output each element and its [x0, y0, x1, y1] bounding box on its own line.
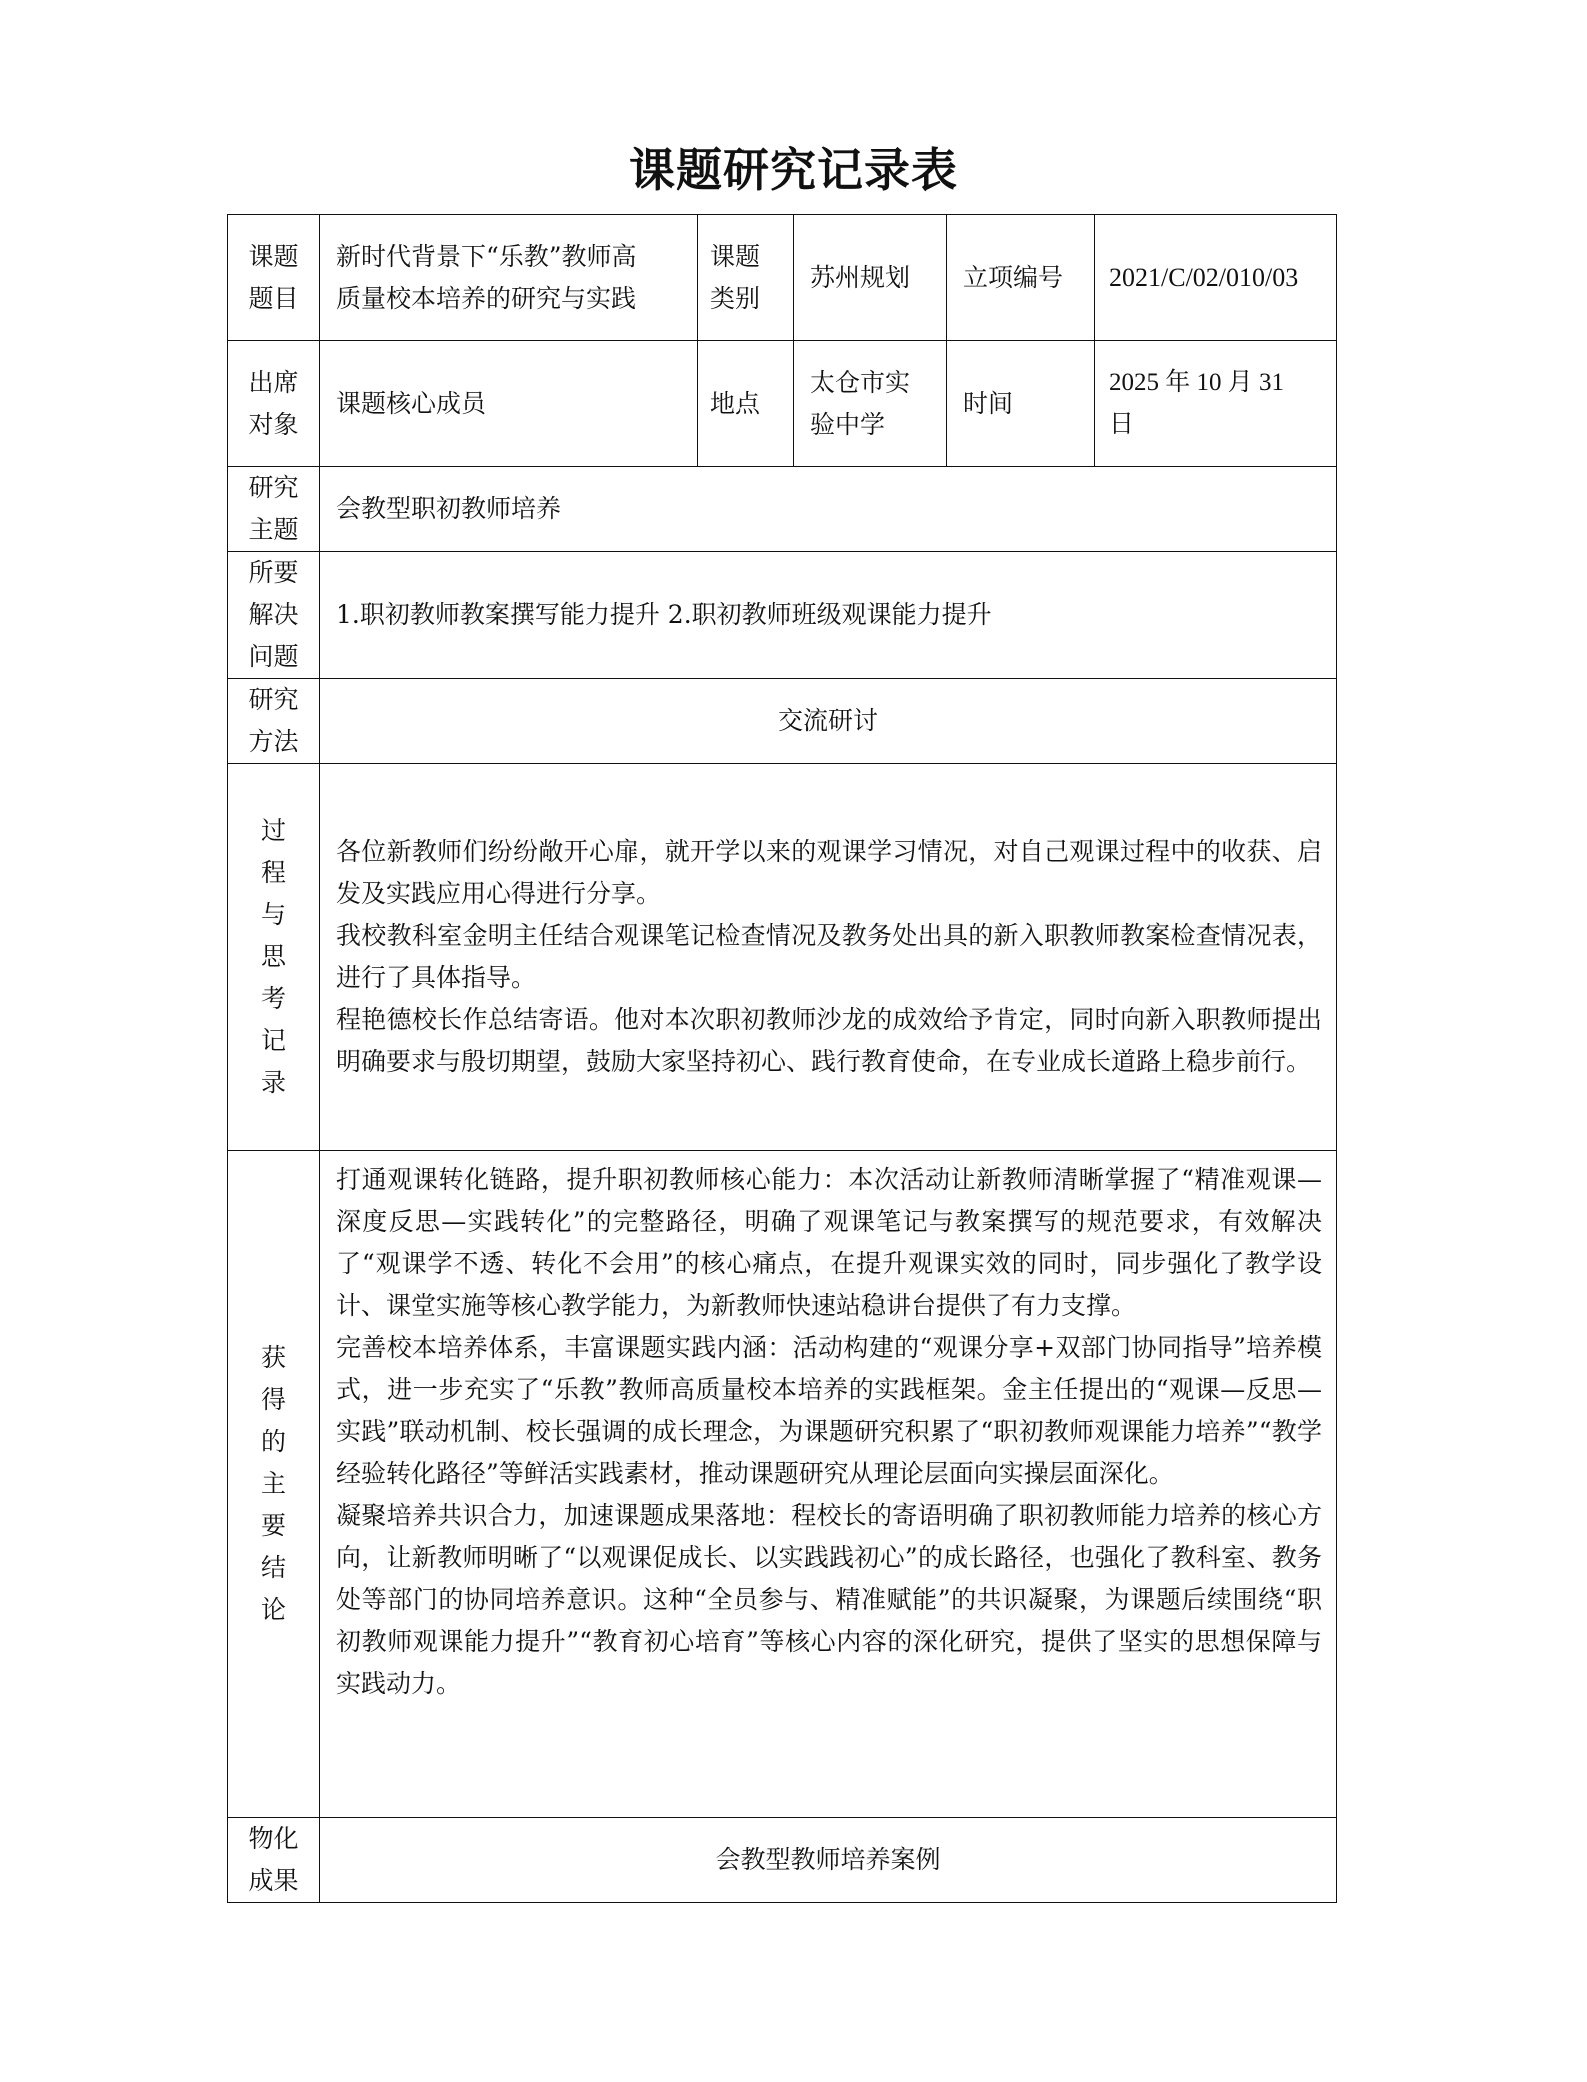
- label-char: 得: [228, 1379, 319, 1421]
- table-row: 获 得 的 主 要 结 论 打通观课转化链路，提升职初教师核心能力：本次活动让新…: [228, 1151, 1337, 1818]
- label-line: 所要: [228, 552, 319, 594]
- label-line: 研究: [228, 679, 319, 721]
- problems-label: 所要 解决 问题: [228, 552, 320, 679]
- process-label: 过 程 与 思 考 记 录: [228, 764, 320, 1151]
- conclusions-label: 获 得 的 主 要 结 论: [228, 1151, 320, 1818]
- attendees-label: 出席 对象: [228, 341, 320, 467]
- label-char: 论: [228, 1589, 319, 1631]
- label-char: 过: [228, 810, 319, 852]
- label-char: 考: [228, 978, 319, 1020]
- research-theme-label: 研究 主题: [228, 467, 320, 552]
- conclusions-content: 打通观课转化链路，提升职初教师核心能力：本次活动让新教师清晰掌握了“精准观课—深…: [320, 1151, 1337, 1818]
- label-line: 对象: [228, 404, 319, 446]
- project-no-value: 2021/C/02/010/03: [1095, 215, 1337, 341]
- process-record: 各位新教师们纷纷敞开心扉，就开学以来的观课学习情况，对自己观课过程中的收获、启发…: [320, 764, 1337, 1151]
- topic-value: 新时代背景下“乐教”教师高 质量校本培养的研究与实践: [320, 215, 698, 341]
- conclusion-paragraph: 凝聚培养共识合力，加速课题成果落地：程校长的寄语明确了职初教师能力培养的核心方向…: [336, 1495, 1322, 1705]
- location-line: 太仓市实: [810, 362, 934, 404]
- table-row: 出席 对象 课题核心成员 地点 太仓市实 验中学 时间 2025 年 10 月 …: [228, 341, 1337, 467]
- label-char: 的: [228, 1421, 319, 1463]
- time-line: 2025 年 10 月 31: [1109, 362, 1324, 404]
- label-char: 获: [228, 1337, 319, 1379]
- time-line: 日: [1109, 404, 1324, 446]
- attendees-value: 课题核心成员: [320, 341, 698, 467]
- problems-value: 1.职初教师教案撰写能力提升 2.职初教师班级观课能力提升: [320, 552, 1337, 679]
- process-paragraph: 我校教科室金明主任结合观课笔记检查情况及教务处出具的新入职教师教案检查情况表，进…: [336, 915, 1322, 999]
- topic-line: 新时代背景下“乐教”教师高: [336, 236, 685, 278]
- location-label: 地点: [698, 341, 794, 467]
- label-char: 主: [228, 1463, 319, 1505]
- time-value: 2025 年 10 月 31 日: [1095, 341, 1337, 467]
- category-value: 苏州规划: [794, 215, 947, 341]
- label-line: 研究: [228, 467, 319, 509]
- table-row: 课题 题目 新时代背景下“乐教”教师高 质量校本培养的研究与实践 课题 类别 苏…: [228, 215, 1337, 341]
- label-char: 要: [228, 1505, 319, 1547]
- location-line: 验中学: [810, 404, 934, 446]
- topic-label: 课题 题目: [228, 215, 320, 341]
- project-no-label: 立项编号: [947, 215, 1095, 341]
- label-line: 题目: [228, 278, 319, 320]
- process-paragraph: 程艳德校长作总结寄语。他对本次职初教师沙龙的成效给予肯定，同时向新入职教师提出明…: [336, 999, 1322, 1083]
- label-line: 类别: [710, 278, 781, 320]
- location-value: 太仓市实 验中学: [794, 341, 947, 467]
- process-paragraph: 各位新教师们纷纷敞开心扉，就开学以来的观课学习情况，对自己观课过程中的收获、启发…: [336, 831, 1322, 915]
- label-char: 结: [228, 1547, 319, 1589]
- page-title: 课题研究记录表: [0, 140, 1587, 200]
- method-value: 交流研讨: [320, 679, 1337, 764]
- table-row: 研究 方法 交流研讨: [228, 679, 1337, 764]
- label-line: 主题: [228, 509, 319, 551]
- table-row: 所要 解决 问题 1.职初教师教案撰写能力提升 2.职初教师班级观课能力提升: [228, 552, 1337, 679]
- label-line: 解决: [228, 594, 319, 636]
- label-char: 录: [228, 1062, 319, 1104]
- conclusion-paragraph: 完善校本培养体系，丰富课题实践内涵：活动构建的“观课分享+双部门协同指导”培养模…: [336, 1327, 1322, 1495]
- label-line: 出席: [228, 362, 319, 404]
- label-line: 课题: [228, 236, 319, 278]
- label-char: 与: [228, 894, 319, 936]
- label-char: 思: [228, 936, 319, 978]
- label-line: 物化: [228, 1818, 319, 1860]
- conclusion-paragraph: 打通观课转化链路，提升职初教师核心能力：本次活动让新教师清晰掌握了“精准观课—深…: [336, 1159, 1322, 1327]
- label-line: 问题: [228, 636, 319, 678]
- table-row: 过 程 与 思 考 记 录 各位新教师们纷纷敞开心扉，就开学以来的观课学习情况，…: [228, 764, 1337, 1151]
- label-char: 程: [228, 852, 319, 894]
- method-label: 研究 方法: [228, 679, 320, 764]
- label-line: 成果: [228, 1860, 319, 1902]
- research-theme-value: 会教型职初教师培养: [320, 467, 1337, 552]
- time-label: 时间: [947, 341, 1095, 467]
- topic-line: 质量校本培养的研究与实践: [336, 278, 685, 320]
- table-row: 研究 主题 会教型职初教师培养: [228, 467, 1337, 552]
- outcome-label: 物化 成果: [228, 1818, 320, 1903]
- category-label: 课题 类别: [698, 215, 794, 341]
- label-char: 记: [228, 1020, 319, 1062]
- outcome-value: 会教型教师培养案例: [320, 1818, 1337, 1903]
- label-line: 方法: [228, 721, 319, 763]
- research-record-table: 课题 题目 新时代背景下“乐教”教师高 质量校本培养的研究与实践 课题 类别 苏…: [227, 214, 1337, 1903]
- table-row: 物化 成果 会教型教师培养案例: [228, 1818, 1337, 1903]
- label-line: 课题: [710, 236, 781, 278]
